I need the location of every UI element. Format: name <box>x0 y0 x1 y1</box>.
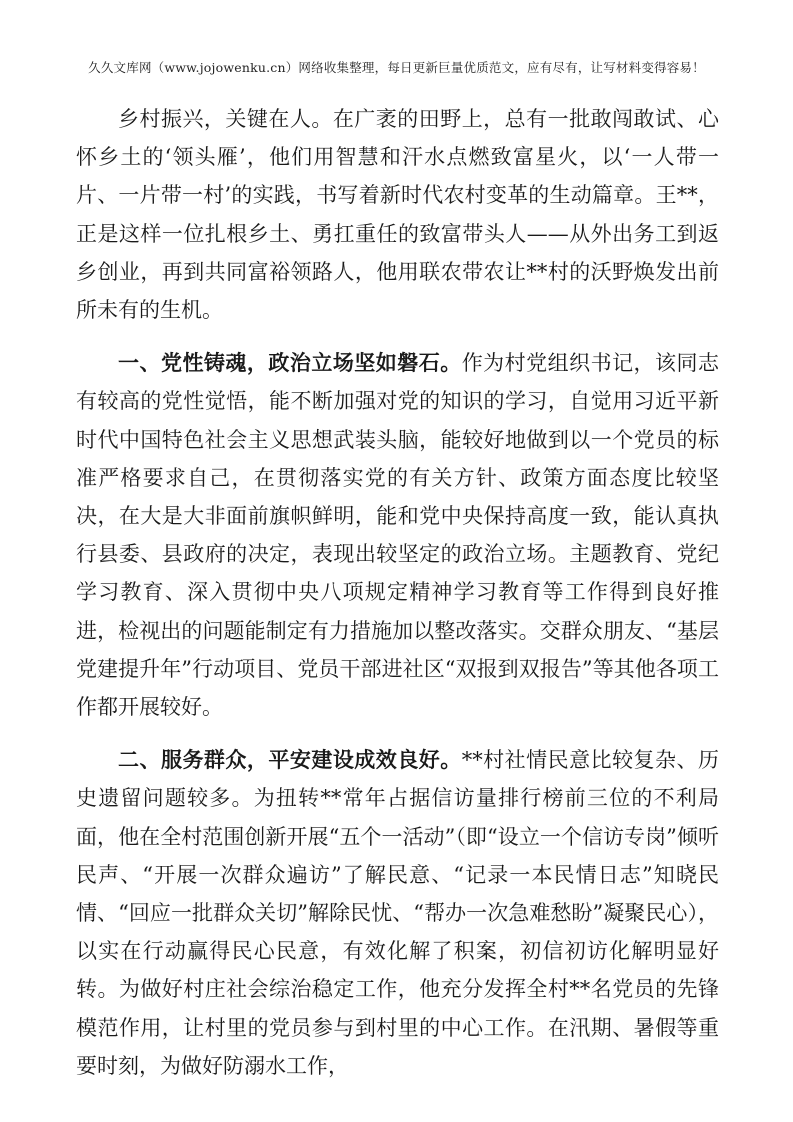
section-2-heading: 二、服务群众，平安建设成效良好。 <box>118 748 462 772</box>
document-body: 乡村振兴，关键在人。在广袤的田野上，总有一批敢闯敢试、心怀乡土的‘领头雁’，他们… <box>76 100 719 1085</box>
paragraph-text: 作为村党组织书记，该同志有较高的党性觉悟，能不断加强对党的知识的学习，自觉用习近… <box>76 351 719 719</box>
section-2-paragraph: 二、服务群众，平安建设成效良好。**村社情民意比较复杂、历史遗留问题较多。为扭转… <box>76 741 719 1085</box>
paragraph-text: 乡村振兴，关键在人。在广袤的田野上，总有一批敢闯敢试、心怀乡土的‘领头雁’，他们… <box>76 107 719 322</box>
paragraph-text: **村社情民意比较复杂、历史遗留问题较多。为扭转**常年占据信访量排行榜前三位的… <box>76 748 719 1078</box>
intro-paragraph: 乡村振兴，关键在人。在广袤的田野上，总有一批敢闯敢试、心怀乡土的‘领头雁’，他们… <box>76 100 719 329</box>
section-1-paragraph: 一、党性铸魂，政治立场坚如磐石。作为村党组织书记，该同志有较高的党性觉悟，能不断… <box>76 344 719 726</box>
document-page: 久久文库网（www.jojowenku.cn）网络收集整理，每日更新巨量优质范文… <box>0 0 793 1122</box>
page-header-banner: 久久文库网（www.jojowenku.cn）网络收集整理，每日更新巨量优质范文… <box>0 58 793 76</box>
section-1-heading: 一、党性铸魂，政治立场坚如磐石。 <box>118 351 462 375</box>
